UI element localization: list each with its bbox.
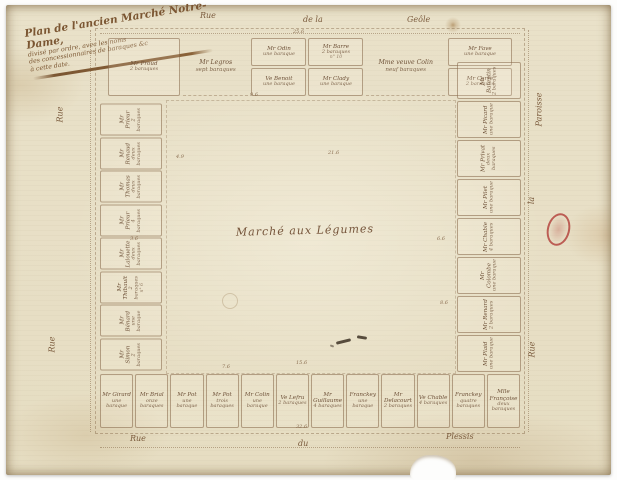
plot-name: Mr Simon — [119, 341, 131, 369]
plot-count: une baraque — [263, 52, 295, 58]
faint-ink-ring — [222, 293, 238, 309]
plot-box: Ve Lefru2 baraques — [276, 374, 309, 428]
street-left-rue-upper: Rue — [55, 107, 64, 123]
dimension-label: 32.6 — [296, 424, 307, 430]
scanned-plan-page: Plan de l'ancien Marché Notre-Dame, divi… — [0, 0, 617, 480]
plot-count: quatre baraques — [454, 399, 483, 410]
plot-count: neuf baraques — [385, 67, 426, 73]
plot-name: Mme veuve Colin — [378, 60, 433, 67]
plot-wide-label-colin: Mme veuve Colin neuf baraques — [366, 38, 445, 96]
guide-dotline-left — [90, 30, 91, 432]
plot-box: Mr Delacourt2 baraques — [381, 374, 414, 428]
plot-name: Mlle Françoise — [489, 389, 518, 401]
street-bottom-rue: Rue — [130, 434, 146, 443]
plot-box: Mr Odinune baraque — [251, 38, 306, 66]
plot-count: deux baraques — [132, 173, 143, 201]
plot-count: une baraque — [489, 182, 495, 214]
guide-dotline-top — [100, 33, 520, 34]
paper-tear-notch — [410, 455, 456, 480]
plot-box: Mr Thibault2 baraquesn° 6 — [100, 272, 162, 304]
plot-count: une baraque — [172, 399, 201, 410]
plot-count: une baraque — [492, 260, 498, 292]
plot-count: 4 baraques — [132, 207, 143, 235]
plot-wide-label-legros: Mr Legros sept baraques — [183, 38, 248, 96]
plot-count: 2 baraques — [278, 401, 306, 407]
dimension-label: 9.6 — [250, 92, 258, 98]
plot-box: Mr Chable4 baraques — [457, 218, 521, 255]
dimension-label: 4.9 — [176, 154, 184, 160]
dimension-label: 25.6 — [293, 29, 304, 35]
plot-box: Mr Brialonze baraques — [135, 374, 168, 428]
plot-box: Mr Pottrois baraques — [206, 374, 239, 428]
plot-box: Franckeyquatre baraques — [452, 374, 485, 428]
plot-count: une baraque — [489, 338, 495, 370]
dimension-label: 15.6 — [296, 360, 307, 366]
plot-count: deux baraques — [132, 140, 143, 168]
plot-count: 2 baraques — [492, 66, 498, 94]
plot-count: 4 baraques — [489, 222, 495, 250]
street-top-rue: Rue — [200, 11, 216, 20]
plot-count: 2 baraques — [132, 106, 143, 134]
plot-box: Mr Potune baraque — [170, 374, 203, 428]
plot-count: une baraque — [263, 82, 295, 88]
plot-count: trois baraques — [208, 399, 237, 410]
plot-group-top-middle: Mr Odinune baraqueMr Barre2 baraquesn° 1… — [251, 38, 363, 96]
plot-box: Mr Thomasdeux baraques — [100, 171, 162, 203]
guide-dotline-bottom — [100, 447, 520, 448]
plot-box: Mr Lalouettedeux baraques — [100, 238, 162, 270]
plot-group-top-left: Mr Proud2 baraques — [108, 38, 180, 96]
plot-box: Mr Piletune baraque — [457, 179, 521, 216]
plot-number: n° 6 — [140, 283, 145, 292]
plot-name: Mr Legros — [199, 60, 232, 67]
dimension-label: 8.6 — [440, 300, 448, 306]
plot-count: une baraque — [102, 399, 131, 410]
plot-count: une baraque — [132, 307, 143, 335]
plot-box: Ve Chable4 baraques — [417, 374, 450, 428]
street-top-geole: Geôle — [407, 15, 430, 24]
plot-name: Mr Prieur — [119, 106, 131, 134]
plot-count: 2 baraques — [489, 300, 495, 328]
plot-band-top: Mr Proud2 baraques Mr Legros sept baraqu… — [108, 38, 512, 96]
dimension-label: 3.6 — [130, 236, 138, 242]
plot-band-right: Mr Barentin2 baraquesMr Picardune baraqu… — [457, 62, 521, 372]
plot-count: 2 baraques — [129, 274, 140, 302]
plot-count: une baraque — [348, 399, 377, 410]
plot-box: Franckeyune baraque — [346, 374, 379, 428]
plot-count: une baraque — [464, 52, 496, 58]
plot-count: 2 baraques — [130, 67, 158, 73]
street-left-rue-lower: Rue — [47, 337, 56, 353]
plot-count: deux baraques — [489, 402, 518, 413]
plot-name: Mr Bénard — [119, 307, 131, 335]
plot-count: deux baraques — [487, 142, 498, 175]
plot-count: une baraque — [243, 399, 272, 410]
street-right-paroisse: Paroisse — [534, 93, 543, 127]
plot-box: Mr Barentin2 baraques — [457, 62, 521, 99]
plot-count: sept baraques — [196, 67, 236, 73]
plot-box: Ve Benoitune baraque — [251, 68, 306, 96]
street-top-dela: de la — [303, 15, 323, 24]
plot-count: 4 baraques — [419, 401, 447, 407]
plot-count: 2 baraques — [384, 404, 412, 410]
plot-box: Mr Girardune baraque — [100, 374, 133, 428]
dimension-label: 21.6 — [328, 150, 339, 156]
plot-box: Mr Bénardune baraque — [100, 305, 162, 337]
dimension-label: 6.6 — [437, 236, 445, 242]
plot-name: Mr Renaud — [119, 140, 131, 168]
guide-dotline-right — [528, 30, 529, 432]
plot-name: Mr Thomas — [119, 173, 131, 201]
plot-box: Mr Colombeune baraque — [457, 257, 521, 294]
plot-count: une baraque — [489, 104, 495, 136]
plot-box: Mr Colinune baraque — [241, 374, 274, 428]
plot-box: Mlle Françoisedeux baraques — [487, 374, 520, 428]
plot-count: onze baraques — [137, 399, 166, 410]
plot-box: Mr Plaidune baraque — [457, 335, 521, 372]
plot-box: Mr Barre2 baraquesn° 10 — [308, 38, 363, 66]
plot-box: Mr Guillaume4 baraques — [311, 374, 344, 428]
plot-box: Mr Picardune baraque — [457, 101, 521, 138]
plot-name: Mr Lalouette — [119, 240, 131, 268]
plot-box: Mr Simon2 baraques — [100, 339, 162, 371]
plot-count: 4 baraques — [313, 404, 341, 410]
dimension-label: 7.6 — [222, 364, 230, 370]
plot-box: Mr Prieur4 baraques — [100, 205, 162, 237]
plot-box: Mr Prieur2 baraques — [100, 104, 162, 136]
plot-count: une baraque — [320, 82, 352, 88]
plot-count: deux baraques — [132, 240, 143, 268]
inner-courtyard-frame — [166, 100, 456, 374]
plot-name: Mr Prieur — [119, 207, 131, 235]
plot-count: 2 baraques — [132, 341, 143, 369]
plot-number: n° 10 — [330, 55, 342, 60]
plot-band-bottom: Mr Girardune baraqueMr Brialonze baraque… — [100, 374, 520, 428]
plot-box: Mr Proud2 baraques — [108, 38, 180, 96]
plot-box: Mr Renauddeux baraques — [100, 138, 162, 170]
plot-box: Mr Cladyune baraque — [308, 68, 363, 96]
plot-box: Mr Privatdeux baraques — [457, 140, 521, 177]
plot-box: Mr Renard2 baraques — [457, 296, 521, 333]
